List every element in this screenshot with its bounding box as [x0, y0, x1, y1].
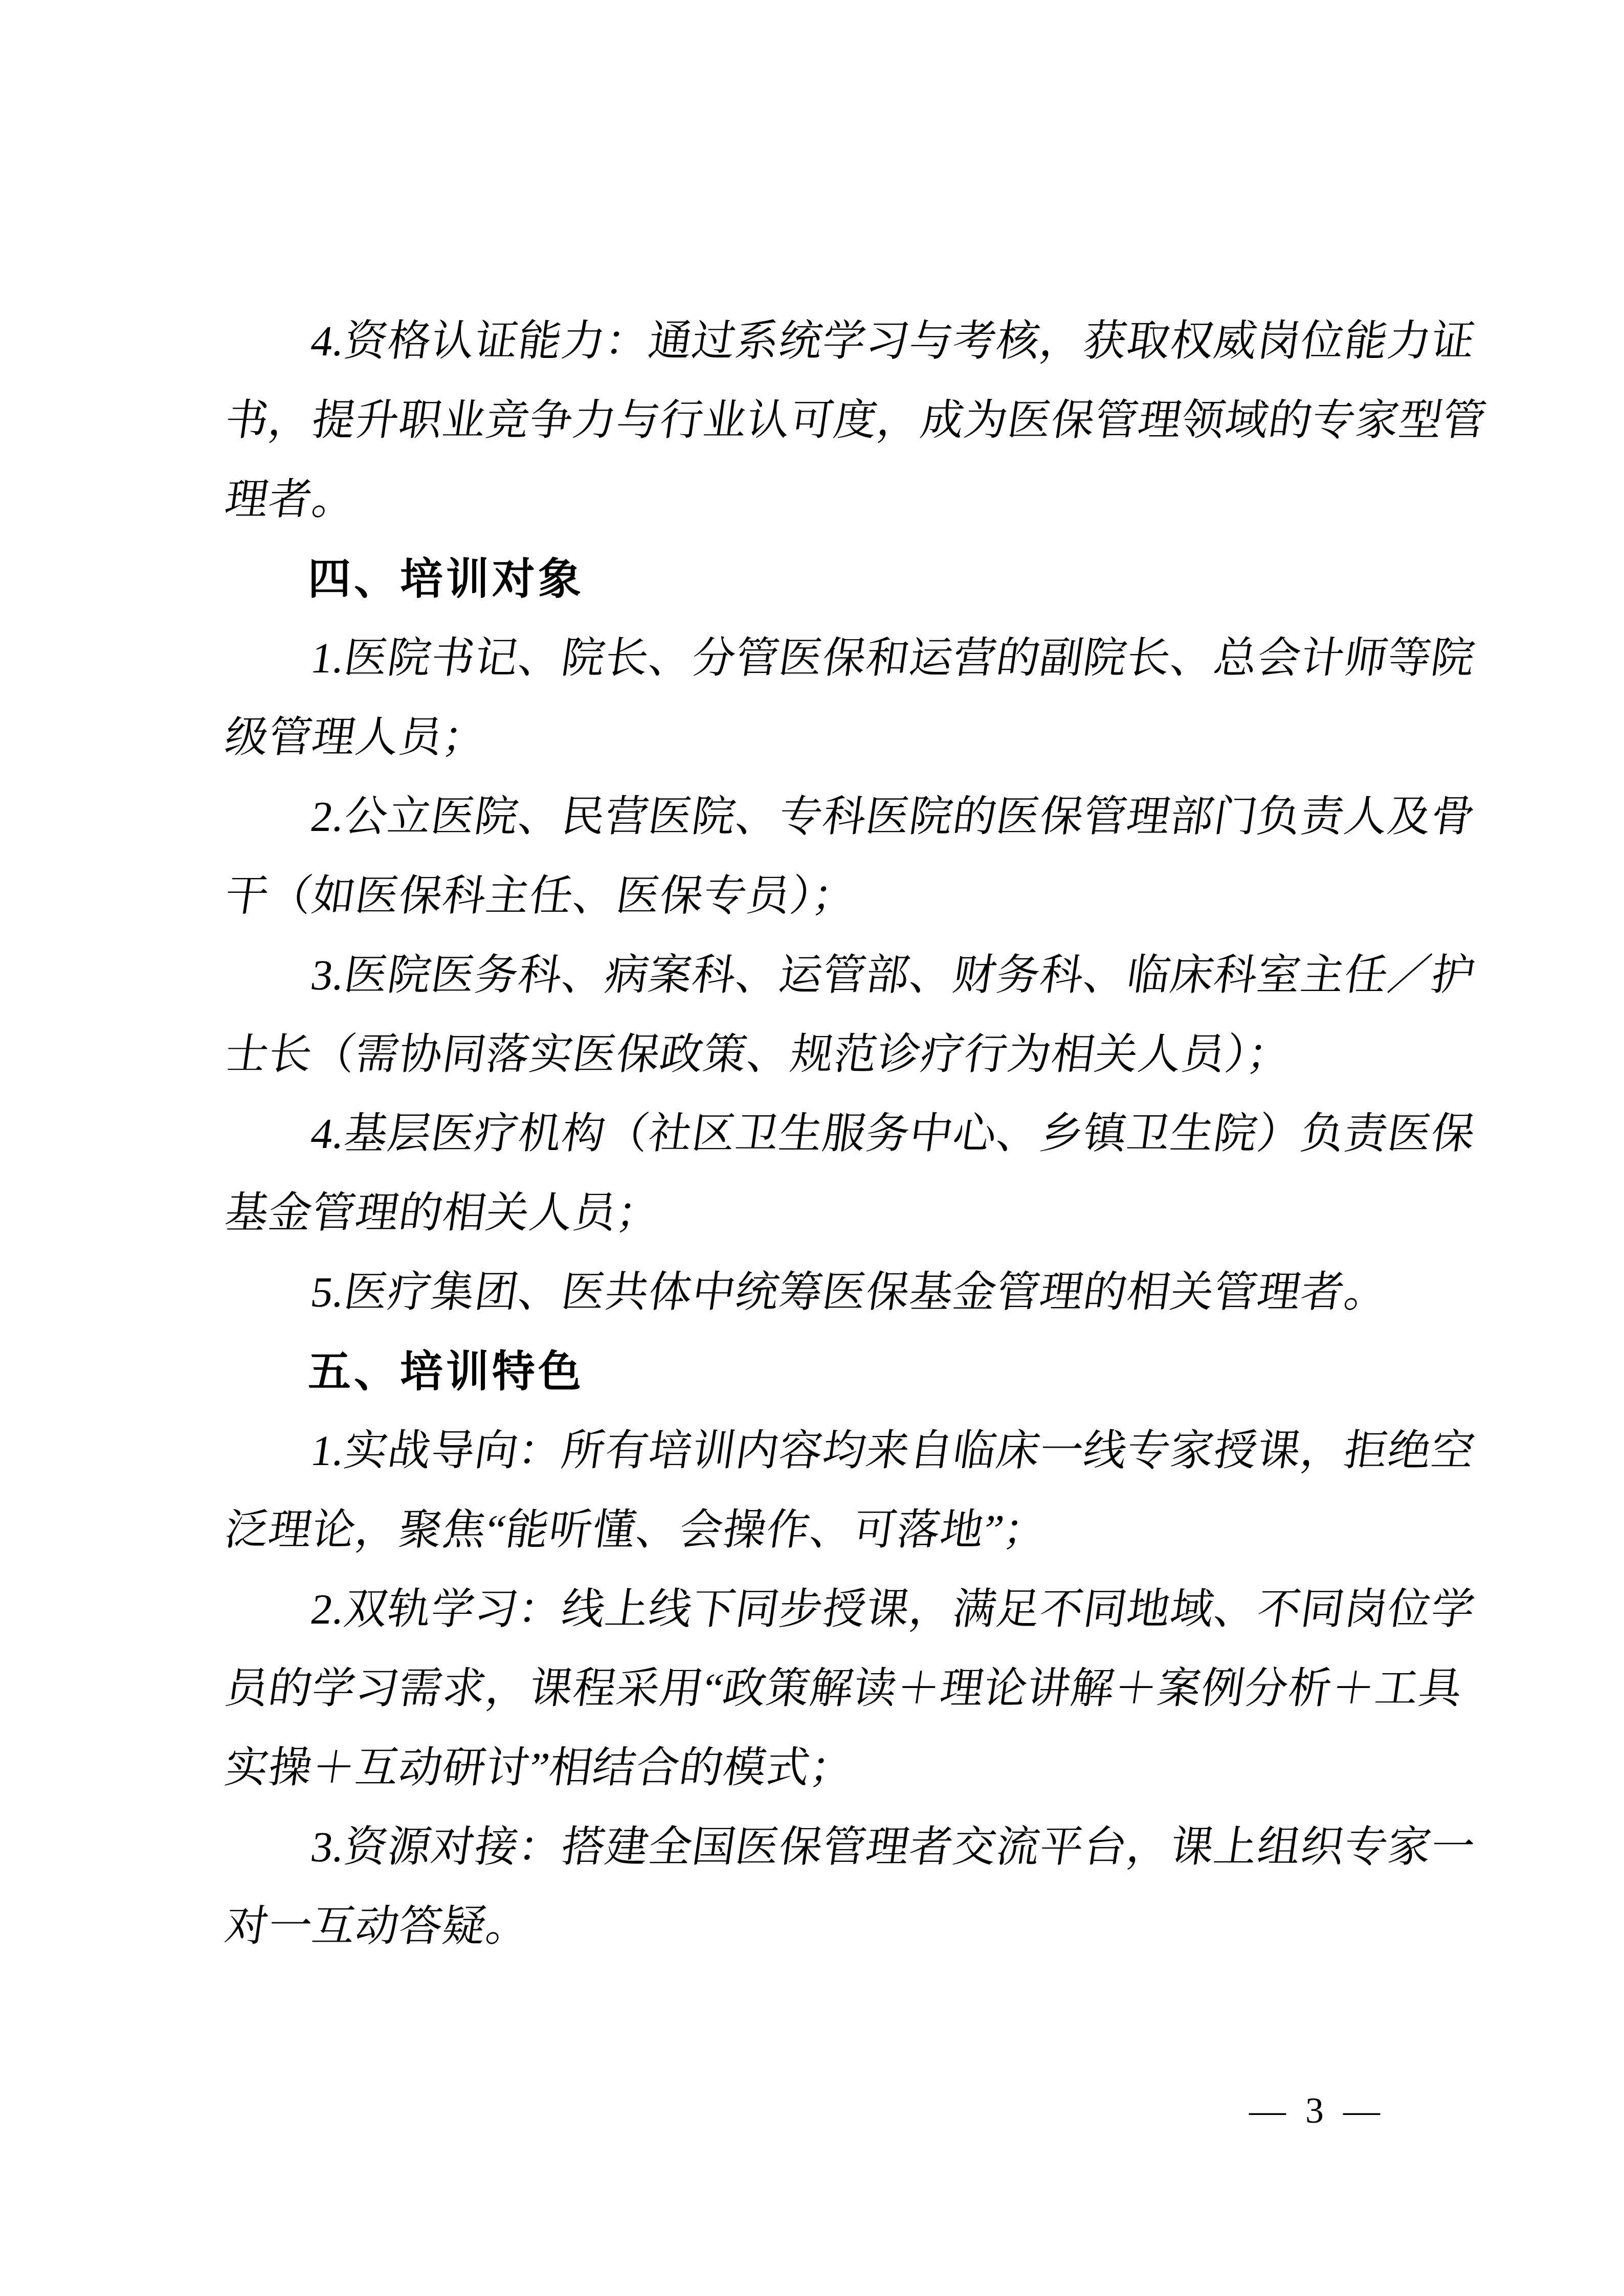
paragraph-line: 4.基层医疗机构（社区卫生服务中心、乡镇卫生院）负责医保	[222, 1094, 1470, 1174]
paragraph-line: 5.医疗集团、医共体中统筹医保基金管理的相关管理者。	[222, 1253, 1470, 1332]
line-text: 1.医院书记、院长、分管医保和运营的副院长、总会计师等院	[306, 619, 1481, 698]
paragraph-line: 1.实战导向：所有培训内容均来自临床一线专家授课，拒绝空	[222, 1411, 1470, 1491]
paragraph-line: 1.医院书记、院长、分管医保和运营的副院长、总会计师等院	[222, 619, 1470, 698]
paragraph-line: 书，提升职业竞争力与行业认可度，成为医保管理领域的专家型管	[222, 381, 1470, 460]
paragraph-line: 2.公立医院、民营医院、专科医院的医保管理部门负责人及骨	[222, 777, 1470, 857]
paragraph-line: 3.医院医务科、病案科、运管部、财务科、临床科室主任／护	[222, 936, 1470, 1015]
paragraph-line: 基金管理的相关人员；	[222, 1174, 1470, 1253]
page-number: — 3 —	[1249, 2082, 1385, 2139]
document-page: 4.资格认证能力：通过系统学习与考核，获取权威岗位能力证 书，提升职业竞争力与行…	[0, 0, 1624, 2296]
line-text: 1.实战导向：所有培训内容均来自临床一线专家授课，拒绝空	[306, 1411, 1481, 1491]
line-text: 书，提升职业竞争力与行业认可度，成为医保管理领域的专家型管	[220, 381, 1492, 460]
line-text: 3.资源对接：搭建全国医保管理者交流平台，课上组织专家一	[306, 1808, 1481, 1887]
line-text: 对一互动答疑。	[220, 1887, 536, 1966]
paragraph-line: 泛理论，聚焦“能听懂、会操作、可落地”；	[222, 1491, 1470, 1570]
paragraph-line: 3.资源对接：搭建全国医保管理者交流平台，课上组织专家一	[222, 1808, 1470, 1887]
paragraph-line: 实操＋互动研讨”相结合的模式；	[222, 1728, 1470, 1808]
paragraph-line: 员的学习需求，课程采用“政策解读＋理论讲解＋案例分析＋工具	[222, 1649, 1470, 1728]
line-text: 实操＋互动研讨”相结合的模式；	[220, 1728, 859, 1808]
paragraph-line: 干（如医保科主任、医保专员）；	[222, 857, 1470, 936]
line-text: 2.双轨学习：线上线下同步授课，满足不同地域、不同岗位学	[306, 1570, 1481, 1649]
document-text-block: 4.资格认证能力：通过系统学习与考核，获取权威岗位能力证 书，提升职业竞争力与行…	[222, 302, 1470, 1966]
line-text: 理者。	[220, 460, 362, 539]
paragraph-line: 2.双轨学习：线上线下同步授课，满足不同地域、不同岗位学	[222, 1570, 1470, 1649]
line-text: 级管理人员；	[220, 698, 492, 777]
line-text: 士长（需协同落实医保政策、规范诊疗行为相关人员）；	[220, 1015, 1297, 1094]
paragraph-line: 4.资格认证能力：通过系统学习与考核，获取权威岗位能力证	[222, 302, 1470, 381]
heading-text: 五、培训特色	[308, 1332, 584, 1411]
line-text: 基金管理的相关人员；	[220, 1174, 666, 1253]
line-text: 泛理论，聚焦“能听懂、会操作、可落地”；	[220, 1491, 1053, 1570]
section-heading-training-features: 五、培训特色	[222, 1332, 1470, 1411]
line-text: 3.医院医务科、病案科、运管部、财务科、临床科室主任／护	[306, 936, 1481, 1015]
paragraph-line: 理者。	[222, 460, 1470, 539]
paragraph-line: 士长（需协同落实医保政策、规范诊疗行为相关人员）；	[222, 1015, 1470, 1094]
line-text: 2.公立医院、民营医院、专科医院的医保管理部门负责人及骨	[306, 777, 1481, 857]
line-text: 5.医疗集团、医共体中统筹医保基金管理的相关管理者。	[306, 1253, 1394, 1332]
heading-text: 四、培训对象	[308, 539, 584, 619]
line-text: 4.基层医疗机构（社区卫生服务中心、乡镇卫生院）负责医保	[306, 1094, 1481, 1174]
paragraph-line: 对一互动答疑。	[222, 1887, 1470, 1966]
paragraph-line: 级管理人员；	[222, 698, 1470, 777]
line-text: 干（如医保科主任、医保专员）；	[220, 857, 862, 936]
line-text: 员的学习需求，课程采用“政策解读＋理论讲解＋案例分析＋工具	[220, 1649, 1468, 1728]
section-heading-training-targets: 四、培训对象	[222, 539, 1470, 619]
line-text: 4.资格认证能力：通过系统学习与考核，获取权威岗位能力证	[306, 302, 1481, 381]
